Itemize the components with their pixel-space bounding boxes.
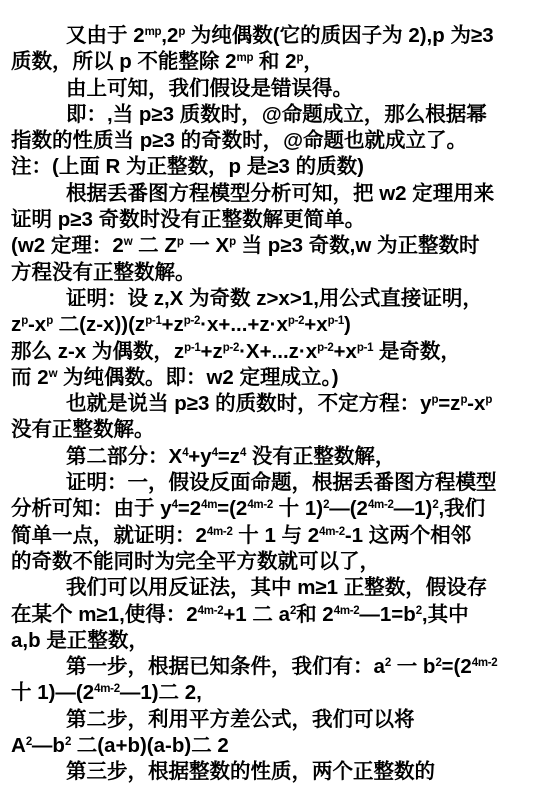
superscript: 4 xyxy=(182,447,188,459)
text-line: 证明：一，假设反面命题，根据丢番图方程模型 xyxy=(11,470,532,496)
superscript: 2 xyxy=(416,605,422,617)
text-line: 根据丢番图方程模型分析可知，把 w2 定理用来 xyxy=(11,181,532,207)
text-line: 没有正整数解。 xyxy=(11,417,532,443)
superscript: mp xyxy=(237,52,254,64)
text-line: 方程没有正整数解。 xyxy=(11,260,532,286)
text-line: 由上可知，我们假设是错误得。 xyxy=(11,76,532,102)
superscript: 2 xyxy=(65,736,71,748)
superscript: 2 xyxy=(432,499,438,511)
text-line: 第二部分：X4+y4=z4 没有正整数解， xyxy=(11,444,532,470)
superscript: 4m xyxy=(201,499,217,511)
text-line: 简单一点，就证明：24m-2 十 1 与 24m-2-1 这两个相邻 xyxy=(11,523,532,549)
superscript: 4m-2 xyxy=(334,605,360,617)
text-line: 那么 z-x 为偶数，zp-1+zp-2·X+...z·xp-2+xp-1 是奇… xyxy=(11,339,532,365)
superscript: 4 xyxy=(240,447,246,459)
text-line: 的奇数不能同时为完全平方数就可以了， xyxy=(11,549,532,575)
superscript: 2 xyxy=(26,736,32,748)
superscript: p-1 xyxy=(357,342,373,354)
text-line: zp-xp 二(z-x))(zp-1+zp-2·x+...+z·xp-2+xp-… xyxy=(11,312,532,338)
superscript: 4m-2 xyxy=(319,526,345,538)
text-line: 分析可知：由于 y4=24m=(24m-2 十 1)2—(24m-2—1)2,我… xyxy=(11,496,532,522)
superscript: p-2 xyxy=(223,342,239,354)
superscript: p-2 xyxy=(288,315,304,327)
superscript: p xyxy=(178,26,185,38)
superscript: w xyxy=(124,236,133,248)
superscript: 2 xyxy=(435,657,441,669)
superscript: p-1 xyxy=(145,315,161,327)
text-line: 即：,当 p≥3 质数时，@命题成立，那么根据幂 xyxy=(11,102,532,128)
superscript: mp xyxy=(145,26,162,38)
text-line: 十 1)—(24m-2—1)二 2, xyxy=(11,680,532,706)
text-line: 在某个 m≥1,使得：24m-2+1 二 a2和 24m-2—1=b2,其中 xyxy=(11,602,532,628)
superscript: 4 xyxy=(212,447,218,459)
text-line: 而 2w 为纯偶数。即：w2 定理成立。) xyxy=(11,365,532,391)
text-line: 指数的性质当 p≥3 的奇数时，@命题也就成立了。 xyxy=(11,128,532,154)
superscript: 4m-2 xyxy=(368,499,394,511)
superscript: p xyxy=(460,394,467,406)
superscript: 2 xyxy=(290,605,296,617)
superscript: 2 xyxy=(385,657,391,669)
superscript: 4 xyxy=(172,499,178,511)
superscript: 4m-2 xyxy=(94,683,120,695)
text-line: 第二步，利用平方差公式，我们可以将 xyxy=(11,707,532,733)
superscript: p xyxy=(21,315,28,327)
superscript: p xyxy=(177,236,184,248)
document-body: 又由于 2mp,2p 为纯偶数(它的质因子为 2),p 为≥3质数，所以 p 不… xyxy=(0,0,540,786)
superscript: 4m-2 xyxy=(472,657,498,669)
superscript: p-2 xyxy=(317,342,333,354)
text-line: 证明 p≥3 奇数时没有正整数解更简单。 xyxy=(11,207,532,233)
superscript: p xyxy=(296,52,303,64)
superscript: p-1 xyxy=(328,315,344,327)
text-line: 证明：设 z,X 为奇数 z>x>1,用公式直接证明， xyxy=(11,286,532,312)
text-line: 也就是说当 p≥3 的质数时，不定方程：yp=zp-xp xyxy=(11,391,532,417)
text-line: A2—b2 二(a+b)(a-b)二 2 xyxy=(11,733,532,759)
superscript: p xyxy=(485,394,492,406)
text-line: a,b 是正整数， xyxy=(11,628,532,654)
superscript: p-1 xyxy=(184,342,200,354)
superscript: 2 xyxy=(323,499,329,511)
text-line: 第三步，根据整数的性质，两个正整数的 xyxy=(11,759,532,785)
superscript: p xyxy=(431,394,438,406)
superscript: p xyxy=(229,236,236,248)
superscript: p xyxy=(46,315,53,327)
superscript: 4m-2 xyxy=(198,605,224,617)
text-line: (w2 定理：2w 二 Zp 一 Xp 当 p≥3 奇数,w 为正整数时 xyxy=(11,233,532,259)
text-line: 第一步，根据已知条件，我们有：a2 一 b2=(24m-2 xyxy=(11,654,532,680)
superscript: 4m-2 xyxy=(247,499,273,511)
superscript: 4m-2 xyxy=(207,526,233,538)
superscript: p-2 xyxy=(184,315,200,327)
text-line: 我们可以用反证法，其中 m≥1 正整数，假设存 xyxy=(11,575,532,601)
text-line: 质数，所以 p 不能整除 2mp 和 2p， xyxy=(11,49,532,75)
superscript: w xyxy=(49,368,58,380)
text-line: 注：(上面 R 为正整数，p 是≥3 的质数) xyxy=(11,154,532,180)
document-page: 又由于 2mp,2p 为纯偶数(它的质因子为 2),p 为≥3质数，所以 p 不… xyxy=(0,0,540,791)
text-line: 又由于 2mp,2p 为纯偶数(它的质因子为 2),p 为≥3 xyxy=(11,23,532,49)
